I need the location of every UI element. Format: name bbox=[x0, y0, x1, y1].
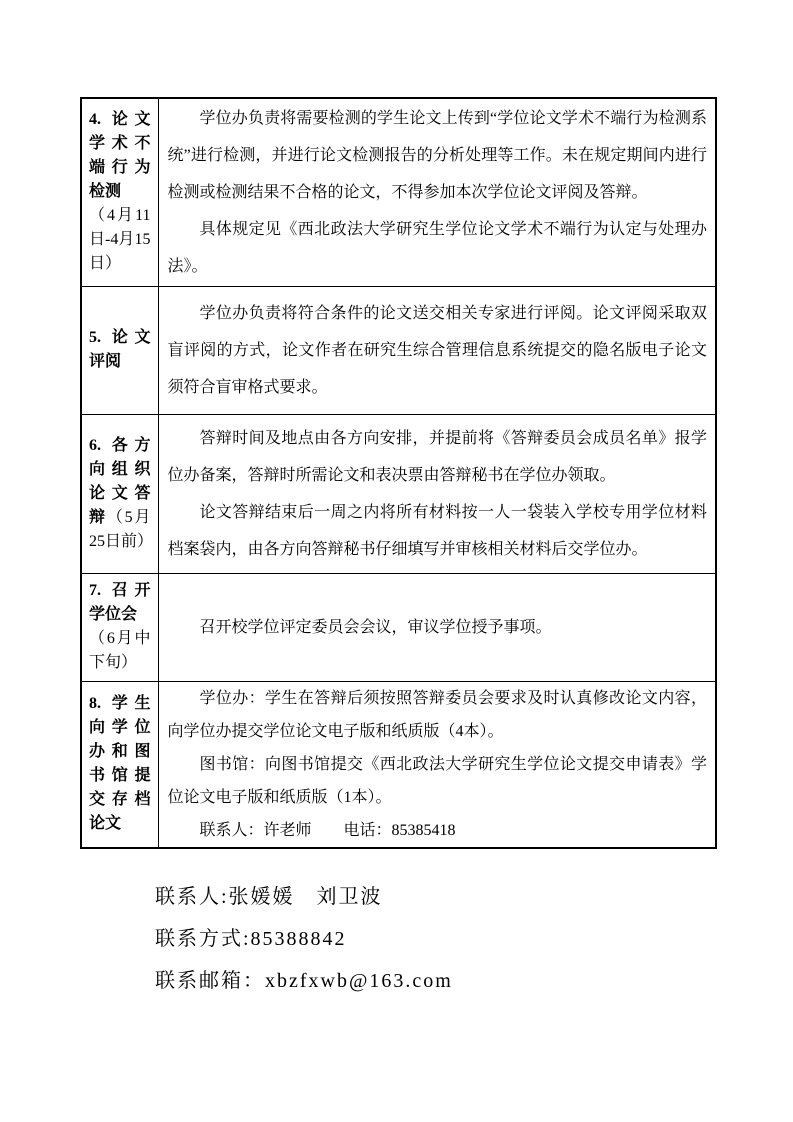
detail-paragraph: 学位办负责将符合条件的论文送交相关专家进行评阅。论文评阅采取双盲评阅的方式，论文… bbox=[168, 295, 708, 406]
step4-title: 4. 论文学术不端行为检测 bbox=[89, 111, 151, 200]
step6-detail-cell: 答辩时间及地点由各方向安排，并提前将《答辩委员会成员名单》报学位办备案，答辩时所… bbox=[158, 414, 716, 573]
step7-date-note: （6月中下旬） bbox=[89, 627, 151, 675]
step5-label-cell: 5. 论文评阅 bbox=[81, 286, 158, 414]
detail-paragraph: 具体规定见《西北政法大学研究生学位论文学术不端行为认定与处理办法》。 bbox=[168, 211, 708, 285]
step4-date-note: （4月11日-4月15日） bbox=[89, 204, 151, 276]
step4-label-cell: 4. 论文学术不端行为检测 （4月11日-4月15日） bbox=[81, 98, 158, 286]
detail-paragraph: 答辩时间及地点由各方向安排，并提前将《答辩委员会成员名单》报学位办备案，答辩时所… bbox=[168, 420, 708, 494]
step4-detail-cell: 学位办负责将需要检测的学生论文上传到“学位论文学术不端行为检测系统”进行检测，并… bbox=[158, 98, 716, 286]
detail-contact-line: 联系人：许老师 电话：85385418 bbox=[168, 814, 708, 847]
step8-title: 8. 学生向学位办和图书馆提交存档论文 bbox=[89, 695, 151, 832]
detail-paragraph: 论文答辩结束后一周之内将所有材料按一人一袋装入学校专用学位材料档案袋内，由各方向… bbox=[168, 494, 708, 568]
table-row-step7: 7. 召开学位会 （6月中下旬） 召开校学位评定委员会会议，审议学位授予事项。 bbox=[81, 573, 716, 681]
step8-detail-cell: 学位办：学生在答辩后须按照答辩委员会要求及时认真修改论文内容，向学位办提交学位论… bbox=[158, 681, 716, 848]
detail-paragraph: 学位办：学生在答辩后须按照答辩委员会要求及时认真修改论文内容，向学位办提交学位论… bbox=[168, 682, 708, 748]
step7-label-cell: 7. 召开学位会 （6月中下旬） bbox=[81, 573, 158, 681]
table-row-step6: 6. 各方向组织论文答辩（5月25日前） 答辩时间及地点由各方向安排，并提前将《… bbox=[81, 414, 716, 573]
contact-person-line: 联系人:张媛媛 刘卫波 bbox=[155, 876, 453, 918]
detail-paragraph: 学位办负责将需要检测的学生论文上传到“学位论文学术不端行为检测系统”进行检测，并… bbox=[168, 100, 708, 211]
contact-block: 联系人:张媛媛 刘卫波 联系方式:85388842 联系邮箱：xbzfxwb@1… bbox=[155, 876, 453, 1002]
document-page: 4. 论文学术不端行为检测 （4月11日-4月15日） 学位办负责将需要检测的学… bbox=[0, 0, 793, 1122]
step5-detail-cell: 学位办负责将符合条件的论文送交相关专家进行评阅。论文评阅采取双盲评阅的方式，论文… bbox=[158, 286, 716, 414]
step8-label-cell: 8. 学生向学位办和图书馆提交存档论文 bbox=[81, 681, 158, 848]
step6-label-cell: 6. 各方向组织论文答辩（5月25日前） bbox=[81, 414, 158, 573]
step5-title: 5. 论文评阅 bbox=[89, 329, 151, 370]
table-row-step5: 5. 论文评阅 学位办负责将符合条件的论文送交相关专家进行评阅。论文评阅采取双盲… bbox=[81, 286, 716, 414]
contact-phone-line: 联系方式:85388842 bbox=[155, 918, 453, 960]
procedure-table: 4. 论文学术不端行为检测 （4月11日-4月15日） 学位办负责将需要检测的学… bbox=[80, 97, 717, 849]
table-row-step4: 4. 论文学术不端行为检测 （4月11日-4月15日） 学位办负责将需要检测的学… bbox=[81, 98, 716, 286]
detail-paragraph: 召开校学位评定委员会会议，审议学位授予事项。 bbox=[168, 609, 708, 646]
table-row-step8: 8. 学生向学位办和图书馆提交存档论文 学位办：学生在答辩后须按照答辩委员会要求… bbox=[81, 681, 716, 848]
step7-title: 7. 召开学位会 bbox=[89, 582, 151, 623]
detail-paragraph: 图书馆：向图书馆提交《西北政法大学研究生学位论文提交申请表》学位论文电子版和纸质… bbox=[168, 748, 708, 814]
contact-email-line: 联系邮箱：xbzfxwb@163.com bbox=[155, 960, 453, 1002]
step7-detail-cell: 召开校学位评定委员会会议，审议学位授予事项。 bbox=[158, 573, 716, 681]
